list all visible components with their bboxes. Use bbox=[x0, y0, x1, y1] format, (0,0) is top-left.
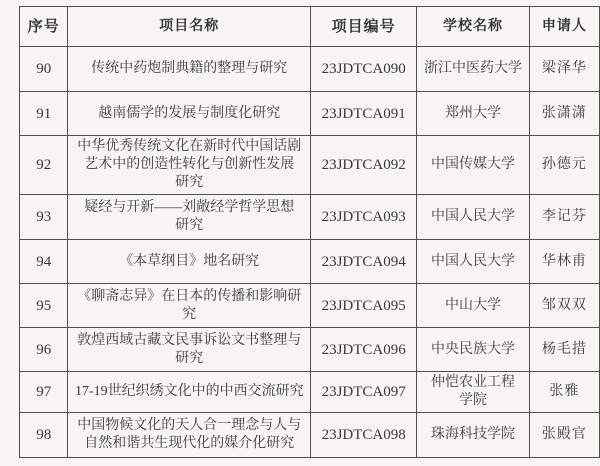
applicant-cell: 李记芬 bbox=[529, 195, 599, 240]
project-code-cell: 23JDTCA096 bbox=[311, 328, 417, 372]
table-row: 98中国物候文化的天人合一理念与人与 自然和谐共生现代化的媒介化研究23JDTC… bbox=[20, 413, 600, 458]
table-row: 92中华优秀传统文化在新时代中国话剧 艺术中的创造性转化与创新性发展 研究23J… bbox=[20, 136, 600, 195]
header-serial-number: 序号 bbox=[20, 7, 68, 47]
project-code-cell: 23JDTCA097 bbox=[311, 372, 417, 413]
document-page: 序号 项目名称 项目编号 学校名称 申请人 90传统中药炮制典籍的整理与研究23… bbox=[0, 0, 600, 466]
project-name-cell: 《本草纲目》地名研究 bbox=[68, 240, 311, 284]
header-project-code: 项目编号 bbox=[311, 7, 417, 47]
school-name-cell: 仲恺农业工程 学院 bbox=[417, 372, 530, 413]
serial-number-cell: 95 bbox=[20, 284, 68, 328]
table-row: 90传统中药炮制典籍的整理与研究23JDTCA090浙江中医药大学梁泽华 bbox=[20, 47, 600, 92]
project-name-cell: 中国物候文化的天人合一理念与人与 自然和谐共生现代化的媒介化研究 bbox=[68, 413, 311, 458]
project-code-cell: 23JDTCA090 bbox=[311, 47, 417, 92]
project-name-cell: 《聊斋志异》在日本的传播和影响研究 bbox=[68, 284, 311, 328]
applicant-cell: 梁泽华 bbox=[529, 47, 599, 92]
school-name-cell: 中央民族大学 bbox=[417, 328, 530, 372]
project-name-cell: 敦煌西域古藏文民事诉讼文书整理与 研究 bbox=[68, 328, 311, 372]
serial-number-cell: 94 bbox=[20, 240, 68, 284]
project-code-cell: 23JDTCA098 bbox=[311, 413, 417, 458]
header-applicant: 申请人 bbox=[529, 7, 599, 47]
header-row: 序号 项目名称 项目编号 学校名称 申请人 bbox=[20, 7, 600, 47]
serial-number-cell: 93 bbox=[20, 195, 68, 240]
table-row: 9717-19世纪织绣文化中的中西交流研究23JDTCA097仲恺农业工程 学院… bbox=[20, 372, 600, 413]
project-code-cell: 23JDTCA091 bbox=[311, 92, 417, 136]
applicant-cell: 孙德元 bbox=[529, 136, 599, 195]
applicant-cell: 邹双双 bbox=[529, 284, 599, 328]
table-row: 93疑经与开新——刘敞经学哲学思想 研究23JDTCA093中国人民大学李记芬 bbox=[20, 195, 600, 240]
table-row: 91越南儒学的发展与制度化研究23JDTCA091郑州大学张潇潇 bbox=[20, 92, 600, 136]
applicant-cell: 张雅 bbox=[529, 372, 599, 413]
project-code-cell: 23JDTCA094 bbox=[311, 240, 417, 284]
serial-number-cell: 90 bbox=[20, 47, 68, 92]
project-code-cell: 23JDTCA093 bbox=[311, 195, 417, 240]
serial-number-cell: 92 bbox=[20, 136, 68, 195]
school-name-cell: 中国人民大学 bbox=[417, 195, 530, 240]
project-code-cell: 23JDTCA092 bbox=[311, 136, 417, 195]
school-name-cell: 中山大学 bbox=[417, 284, 530, 328]
school-name-cell: 中国人民大学 bbox=[417, 240, 530, 284]
project-name-cell: 17-19世纪织绣文化中的中西交流研究 bbox=[68, 372, 311, 413]
projects-table: 序号 项目名称 项目编号 学校名称 申请人 90传统中药炮制典籍的整理与研究23… bbox=[19, 6, 600, 458]
applicant-cell: 杨毛措 bbox=[529, 328, 599, 372]
school-name-cell: 中国传媒大学 bbox=[417, 136, 530, 195]
table-body: 90传统中药炮制典籍的整理与研究23JDTCA090浙江中医药大学梁泽华91越南… bbox=[20, 47, 600, 458]
project-code-cell: 23JDTCA095 bbox=[311, 284, 417, 328]
school-name-cell: 浙江中医药大学 bbox=[417, 47, 530, 92]
table-row: 94《本草纲目》地名研究23JDTCA094中国人民大学华林甫 bbox=[20, 240, 600, 284]
header-project-name: 项目名称 bbox=[68, 7, 311, 47]
project-name-cell: 越南儒学的发展与制度化研究 bbox=[68, 92, 311, 136]
serial-number-cell: 98 bbox=[20, 413, 68, 458]
serial-number-cell: 97 bbox=[20, 372, 68, 413]
applicant-cell: 张潇潇 bbox=[529, 92, 599, 136]
applicant-cell: 华林甫 bbox=[529, 240, 599, 284]
project-name-cell: 传统中药炮制典籍的整理与研究 bbox=[68, 47, 311, 92]
school-name-cell: 郑州大学 bbox=[417, 92, 530, 136]
project-name-cell: 疑经与开新——刘敞经学哲学思想 研究 bbox=[68, 195, 311, 240]
header-school-name: 学校名称 bbox=[417, 7, 530, 47]
table-row: 96敦煌西域古藏文民事诉讼文书整理与 研究23JDTCA096中央民族大学杨毛措 bbox=[20, 328, 600, 372]
serial-number-cell: 91 bbox=[20, 92, 68, 136]
applicant-cell: 张殿官 bbox=[529, 413, 599, 458]
school-name-cell: 珠海科技学院 bbox=[417, 413, 530, 458]
project-name-cell: 中华优秀传统文化在新时代中国话剧 艺术中的创造性转化与创新性发展 研究 bbox=[68, 136, 311, 195]
table-row: 95《聊斋志异》在日本的传播和影响研究23JDTCA095中山大学邹双双 bbox=[20, 284, 600, 328]
serial-number-cell: 96 bbox=[20, 328, 68, 372]
